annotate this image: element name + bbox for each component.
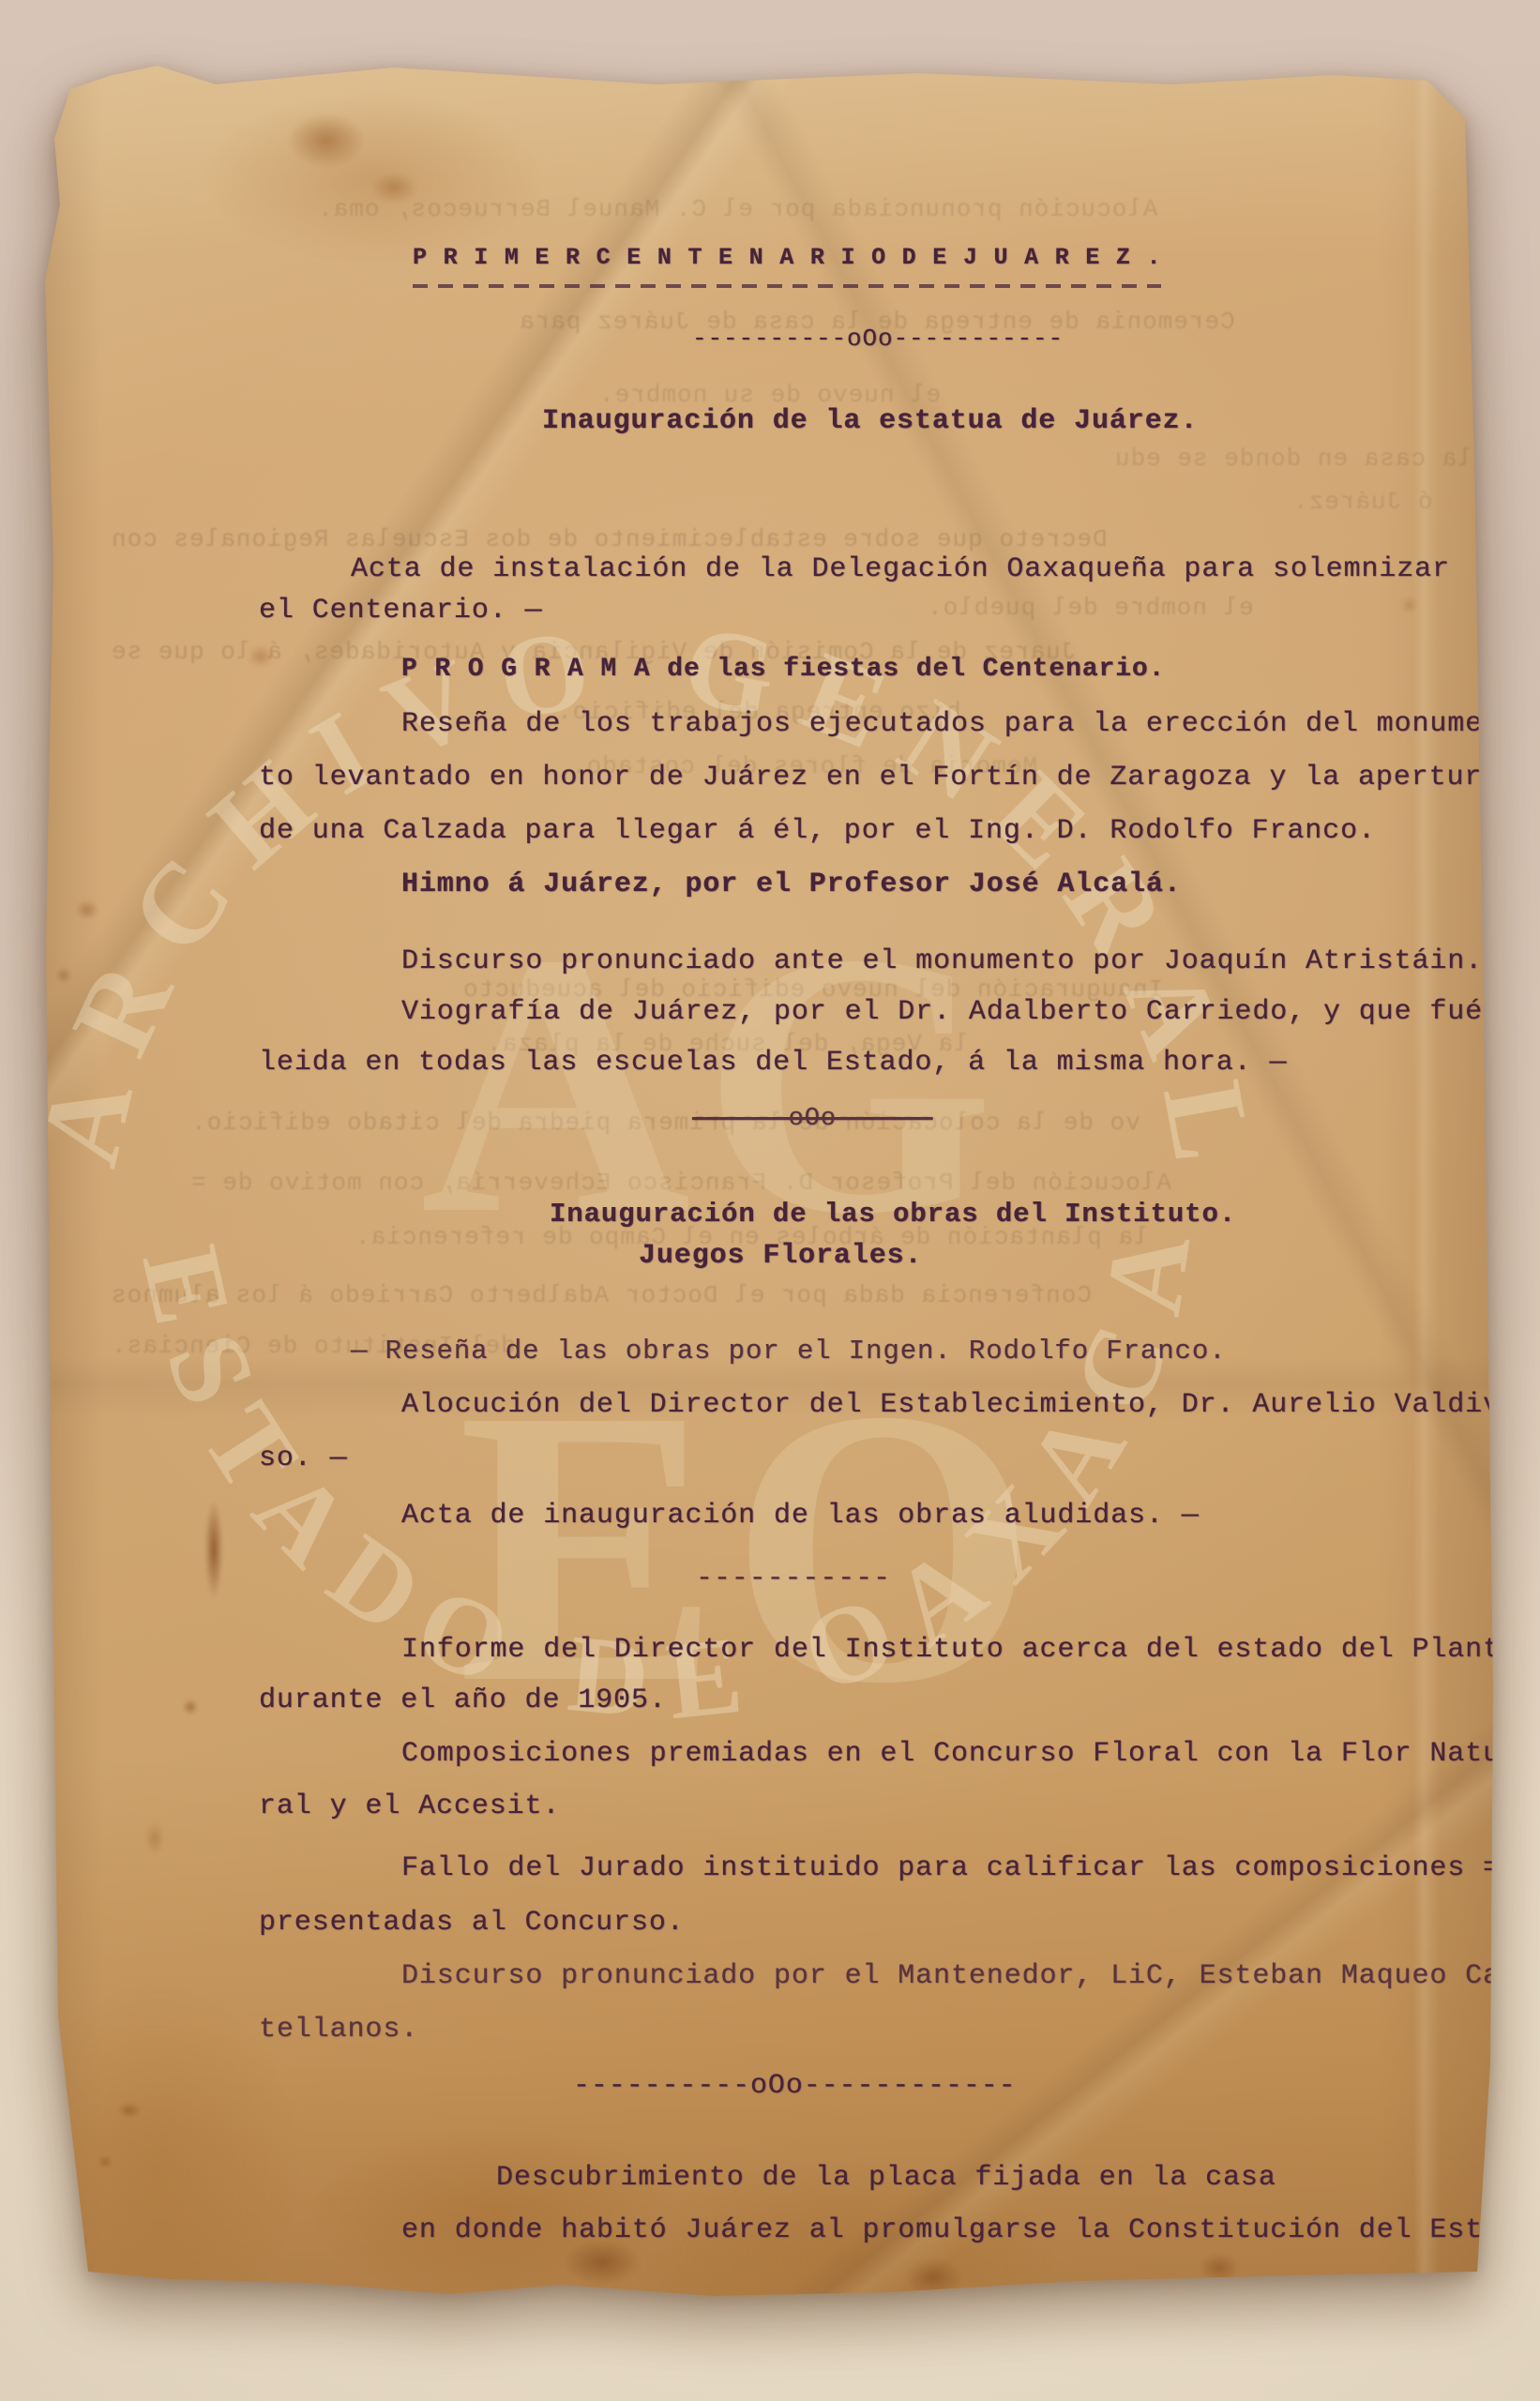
typed-line: Acta de instalación de la Delegación Oax… [351,553,1450,585]
paper-sheet: Alocución pronunciada por el C. Manuel B… [45,56,1493,2298]
title-underline [413,284,1161,288]
typed-line: Himno á Juárez, por el Profesor José Alc… [401,868,1182,900]
typed-line: ral y el Accesit. [259,1790,560,1822]
typed-line: Discurso pronunciado por el Mantenedor, … [401,1960,1536,1992]
document-title: P R I M E R C E N T E N A R I O D E J U … [413,244,1162,271]
typed-line: Descubrimiento de la placa fijada en la … [496,2162,1276,2194]
bleed-through-line: vo de la colocación de la primera piedra… [190,1109,1140,1137]
typed-line: ----------oOo----------- [692,325,1064,353]
typed-line: so. — [259,1442,348,1474]
typed-line: Inauguración de la estatua de Juárez. [542,405,1198,437]
typed-line: durante el año de 1905. [259,1684,667,1716]
typed-line: presentadas al Concurso. [259,1907,685,1939]
typed-line: el Centenario. — [259,595,542,627]
bleed-through-line: Conferencia dada por el Doctor Adalberto… [111,1281,1092,1309]
typed-line: Composiciones premiadas en el Concurso F… [401,1738,1518,1770]
typed-line: Discurso pronunciado ante el monumento p… [401,945,1501,977]
typed-line: Inauguración de las obras del Instituto. [550,1199,1236,1230]
bleed-through-line: Decreto que sobre establecimiento de dos… [111,525,1108,553]
bleed-through-line: ó Juárez. [1292,488,1432,516]
bleed-through-line: el nombre del pueblo. [927,594,1254,622]
typed-line: leida en todas las escuelas del Estado, … [259,1047,1287,1079]
typed-line: ----------- [696,1563,891,1594]
photo-backdrop: Alocución pronunciada por el C. Manuel B… [0,0,1540,2401]
typed-line: P R O G R A M A de las fiestas del Cente… [401,655,1165,684]
typed-line: tellanos. [259,2014,418,2046]
typed-line: — Reseña de las obras por el Ingen. Rodo… [351,1336,1226,1367]
typed-line: Fallo del Jurado instituido para calific… [401,1852,1501,1884]
typed-line: Alocución del Director del Establecimien… [401,1389,1540,1421]
bleed-through-line: Alocución pronunciada por el C. Manuel B… [317,195,1158,223]
typed-line: ------oOo------ [692,1105,933,1133]
typed-line: Viografía de Juárez, por el Dr. Adalbert… [401,996,1483,1028]
typed-line: en donde habitó Juárez al promulgarse la… [401,2214,1501,2246]
typed-line: Juegos Florales. [639,1240,922,1272]
typed-line: Acta de inauguración de las obras aludid… [401,1500,1200,1532]
bleed-through-line: Alocución del Profesor D. Francisco Eche… [190,1169,1171,1197]
typed-line: Informe del Director del Instituto acerc… [401,1634,1536,1666]
typed-line: de una Calzada para llegar á él, por el … [259,815,1376,847]
typed-line: ----------oOo------------ [573,2070,1017,2102]
typed-line: Reseña de los trabajos ejecutados para l… [401,708,1518,740]
typed-line: to levantado en honor de Juárez en el Fo… [259,762,1535,793]
paper-shadow-wrap: Alocución pronunciada por el C. Manuel B… [45,56,1493,2298]
bleed-through-line: la casa en donde se edu [1114,445,1472,473]
